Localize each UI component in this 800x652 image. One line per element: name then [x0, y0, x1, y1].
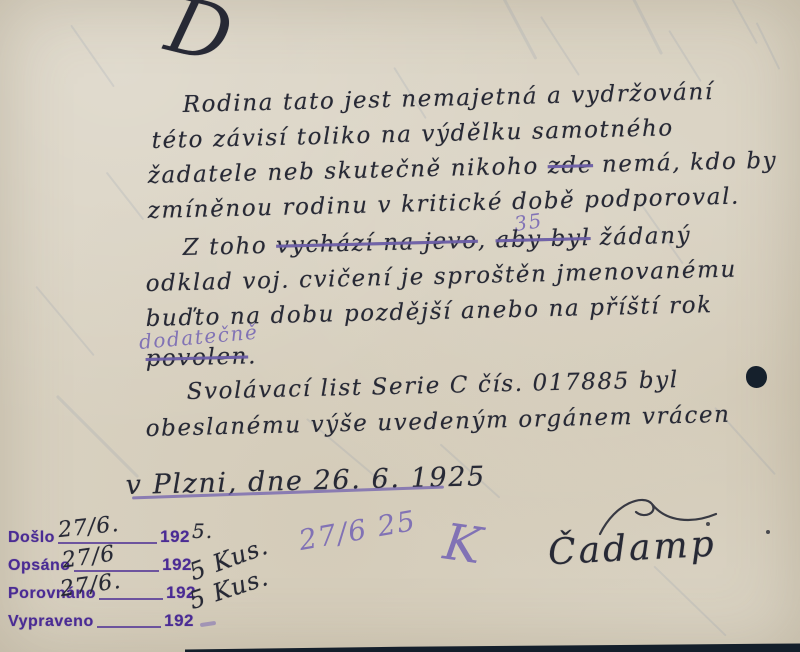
- stamp-label: Vypraveno: [8, 613, 94, 631]
- bleed-mark: [653, 566, 726, 637]
- handwriting-line: odklad voj. cvičení je sproštěn jmenovan…: [145, 257, 737, 297]
- handwriting-text: .: [248, 343, 258, 369]
- struck-word: zde: [547, 152, 593, 179]
- bleed-mark: [722, 0, 758, 44]
- struck-phrase: aby byl: [495, 225, 591, 253]
- bleed-mark: [106, 172, 145, 221]
- handwriting-text: ,: [477, 228, 487, 254]
- stamp-year: 192: [164, 611, 194, 631]
- handwriting-line: Z toho vychází na jevo, aby byl žádaný: [182, 223, 691, 261]
- scanned-document: D Rodina tato jest nemajetná a vydržován…: [0, 0, 800, 652]
- punch-hole: [746, 366, 767, 388]
- bleed-mark: [540, 16, 580, 76]
- pencil-date-annotation: 27/6 25: [296, 504, 419, 557]
- bleed-mark: [56, 395, 139, 478]
- stamp-year: 192: [160, 527, 190, 547]
- handwriting-line: obeslanému výše uvedeným orgánem vrácen: [145, 402, 731, 442]
- stamp-fill-line: [97, 624, 161, 628]
- handwriting-text: žádaný: [599, 223, 691, 251]
- handwriting-line: Svolávací list Serie C čís. 017885 byl: [186, 367, 679, 405]
- stamp-fill-line: [99, 596, 163, 600]
- bleed-mark: [35, 286, 94, 356]
- ink-dot: [766, 530, 770, 534]
- handwritten-count: 5.: [192, 519, 213, 543]
- bleed-mark: [622, 0, 663, 55]
- pencil-initial-paraph: K: [440, 513, 487, 576]
- pencil-dash-mark: [200, 621, 216, 627]
- handwriting-line: žadatele neb skutečně nikoho zde nemá, k…: [147, 148, 777, 189]
- stamp-label: Došlo: [8, 529, 55, 547]
- ink-dot: [706, 522, 710, 526]
- stamp-row-vypraveno: Vypraveno 192: [8, 611, 194, 631]
- bleed-mark: [493, 0, 538, 60]
- signature: Čadamp: [547, 524, 718, 574]
- scan-edge-band: [185, 643, 800, 652]
- handwriting-line: povolen.: [145, 343, 257, 372]
- handwriting-line: Rodina tato jest nemajetná a vydržování: [182, 79, 714, 118]
- struck-word: povolen: [145, 344, 248, 372]
- bleed-mark: [756, 22, 781, 70]
- handwriting-text: nemá, kdo by: [602, 148, 778, 178]
- bleed-mark: [668, 30, 701, 82]
- struck-phrase: vychází na jevo: [276, 228, 478, 259]
- handwriting-text: Z toho: [182, 233, 267, 261]
- handwriting-text: žadatele neb skutečně nikoho: [147, 153, 539, 189]
- pen-flourish-mark: D: [158, 0, 240, 82]
- bleed-mark: [70, 25, 115, 88]
- handwriting-line: této závisí toliko na výdělku samotného: [151, 115, 674, 154]
